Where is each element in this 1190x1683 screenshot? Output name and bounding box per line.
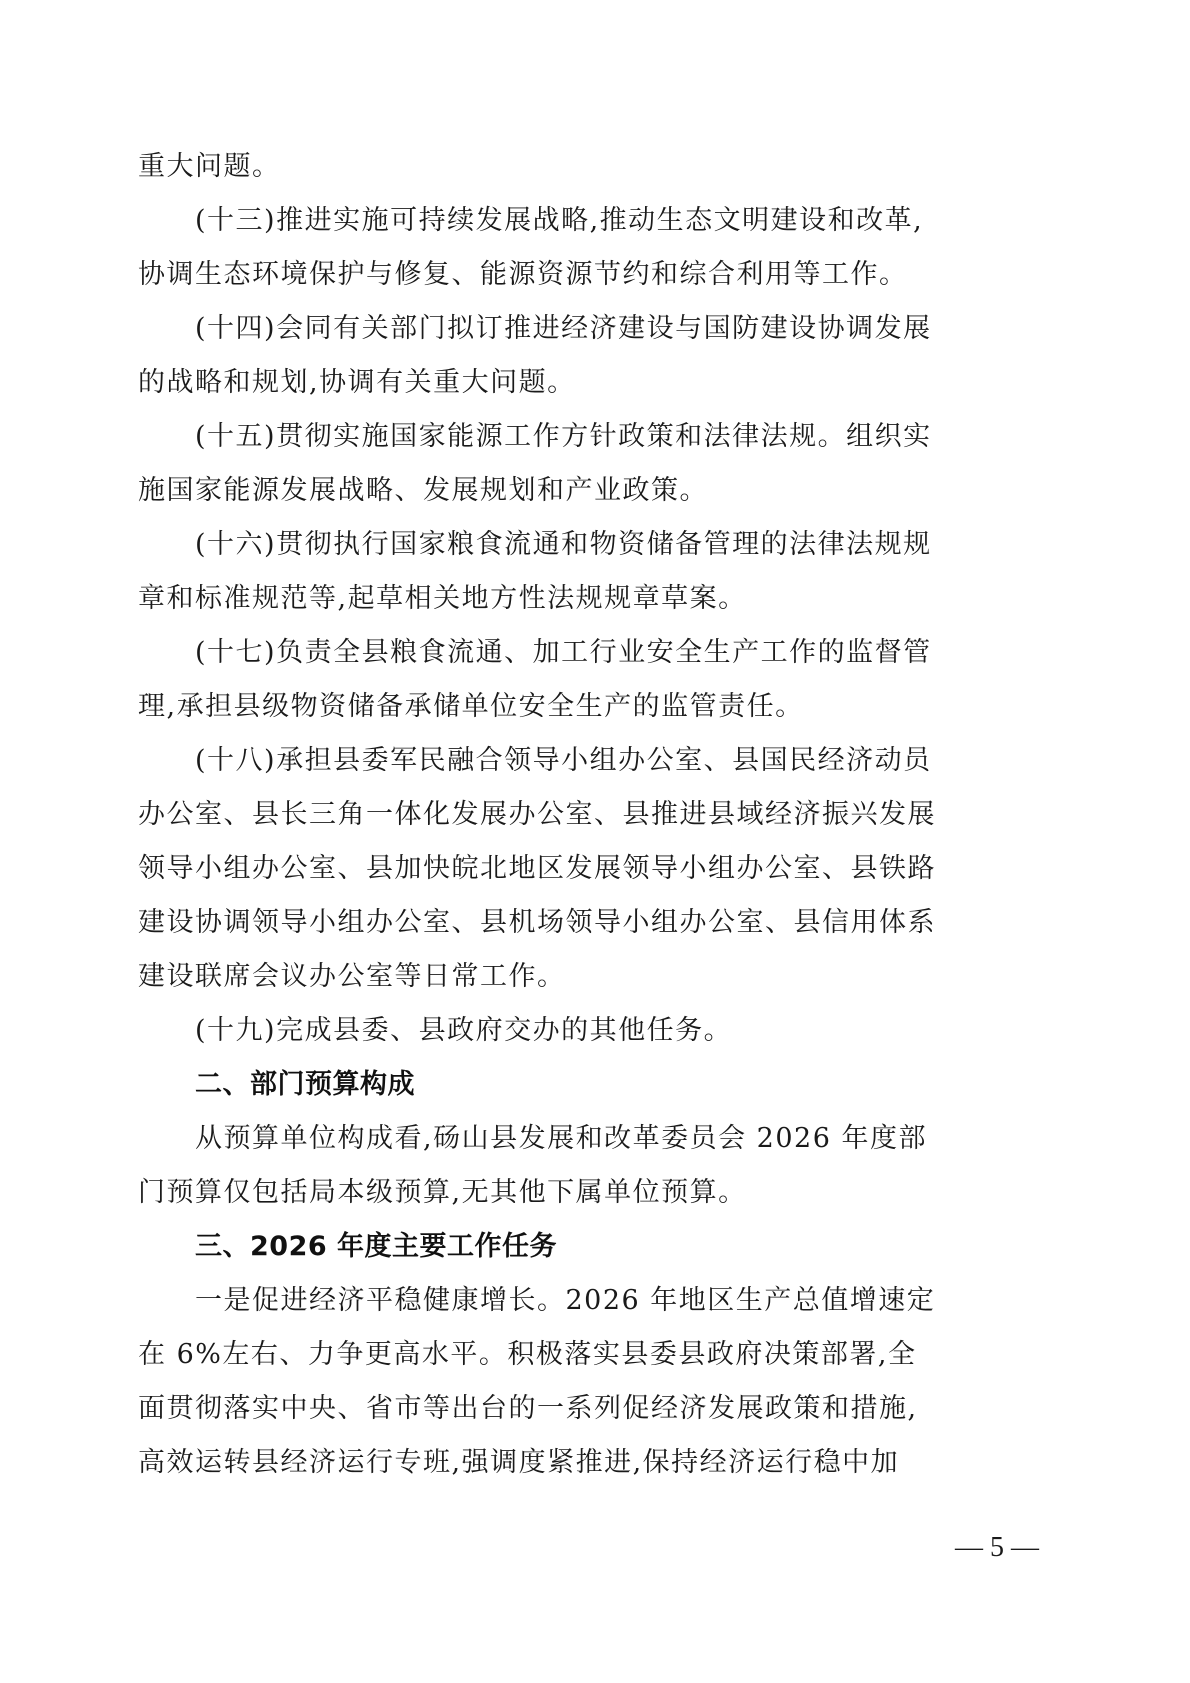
body-text-line: 建设协调领导小组办公室、县机场领导小组办公室、县信用体系 [138,903,1058,943]
list-item-18: (十八)承担县委军民融合领导小组办公室、县国民经济动员 [195,741,1115,781]
page-number: — 5 — [955,1532,1039,1564]
body-text-line: 重大问题。 [138,147,1058,187]
body-text-line: 从预算单位构成看,砀山县发展和改革委员会 2026 年度部 [195,1119,1115,1159]
body-text-line: 章和标准规范等,起草相关地方性法规规章草案。 [138,579,1058,619]
list-item-15: (十五)贯彻实施国家能源工作方针政策和法律法规。组织实 [195,417,1115,457]
body-text-line: 在 6%左右、力争更高水平。积极落实县委县政府决策部署,全 [138,1335,1058,1375]
body-text-line: 协调生态环境保护与修复、能源资源节约和综合利用等工作。 [138,255,1058,295]
body-text-line: 领导小组办公室、县加快皖北地区发展领导小组办公室、县铁路 [138,849,1058,889]
list-item-19: (十九)完成县委、县政府交办的其他任务。 [195,1011,1115,1051]
body-text-line: 建设联席会议办公室等日常工作。 [138,957,1058,997]
section-heading-3: 三、2026 年度主要工作任务 [195,1227,1115,1267]
body-text-line: 门预算仅包括局本级预算,无其他下属单位预算。 [138,1173,1058,1213]
list-item-14: (十四)会同有关部门拟订推进经济建设与国防建设协调发展 [195,309,1115,349]
list-item-17: (十七)负责全县粮食流通、加工行业安全生产工作的监督管 [195,633,1115,673]
list-item-13: (十三)推进实施可持续发展战略,推动生态文明建设和改革, [195,201,1115,241]
body-text-line: 施国家能源发展战略、发展规划和产业政策。 [138,471,1058,511]
list-item-16: (十六)贯彻执行国家粮食流通和物资储备管理的法律法规规 [195,525,1115,565]
body-text-line: 的战略和规划,协调有关重大问题。 [138,363,1058,403]
body-text-line: 理,承担县级物资储备承储单位安全生产的监管责任。 [138,687,1058,727]
body-text-line: 高效运转县经济运行专班,强调度紧推进,保持经济运行稳中加 [138,1443,1058,1483]
document-page: 重大问题。 (十三)推进实施可持续发展战略,推动生态文明建设和改革, 协调生态环… [0,0,1190,1683]
section-heading-2: 二、部门预算构成 [195,1065,1115,1105]
body-text-line: 面贯彻落实中央、省市等出台的一系列促经济发展政策和措施, [138,1389,1058,1429]
body-text-line: 办公室、县长三角一体化发展办公室、县推进县域经济振兴发展 [138,795,1058,835]
body-text-line: 一是促进经济平稳健康增长。2026 年地区生产总值增速定 [195,1281,1115,1321]
